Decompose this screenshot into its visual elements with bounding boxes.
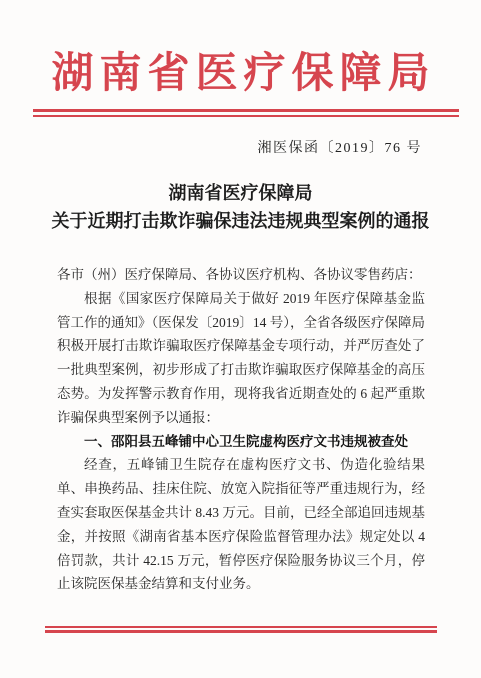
document-title-line1: 湖南省医疗保障局 [0, 181, 481, 205]
letterhead-double-rule [33, 109, 459, 117]
section-1-paragraph: 经查，五峰铺卫生院存在虚构医疗文书、伪造化验结果单、串换药品、挂床住院、放宽入院… [57, 453, 425, 596]
document-body: 各市（州）医疗保障局、各协议医疗机构、各协议零售药店： 根据《国家医疗保障局关于… [57, 263, 425, 596]
intro-paragraph: 根据《国家医疗保障局关于做好 2019 年医疗保障基金监管工作的通知》（医保发〔… [57, 287, 425, 430]
document-title-line2: 关于近期打击欺诈骗保违法违规典型案例的通报 [0, 208, 481, 234]
section-1-heading: 一、邵阳县五峰铺中心卫生院虚构医疗文书违规被查处 [57, 430, 425, 454]
document-page: 湖南省医疗保障局 湘医保函〔2019〕76 号 湖南省医疗保障局 关于近期打击欺… [0, 0, 481, 678]
footer-double-rule [45, 626, 437, 633]
document-number: 湘医保函〔2019〕76 号 [258, 139, 423, 159]
letterhead-agency-name: 湖南省医疗保障局 [0, 48, 481, 100]
salutation: 各市（州）医疗保障局、各协议医疗机构、各协议零售药店： [57, 263, 425, 287]
